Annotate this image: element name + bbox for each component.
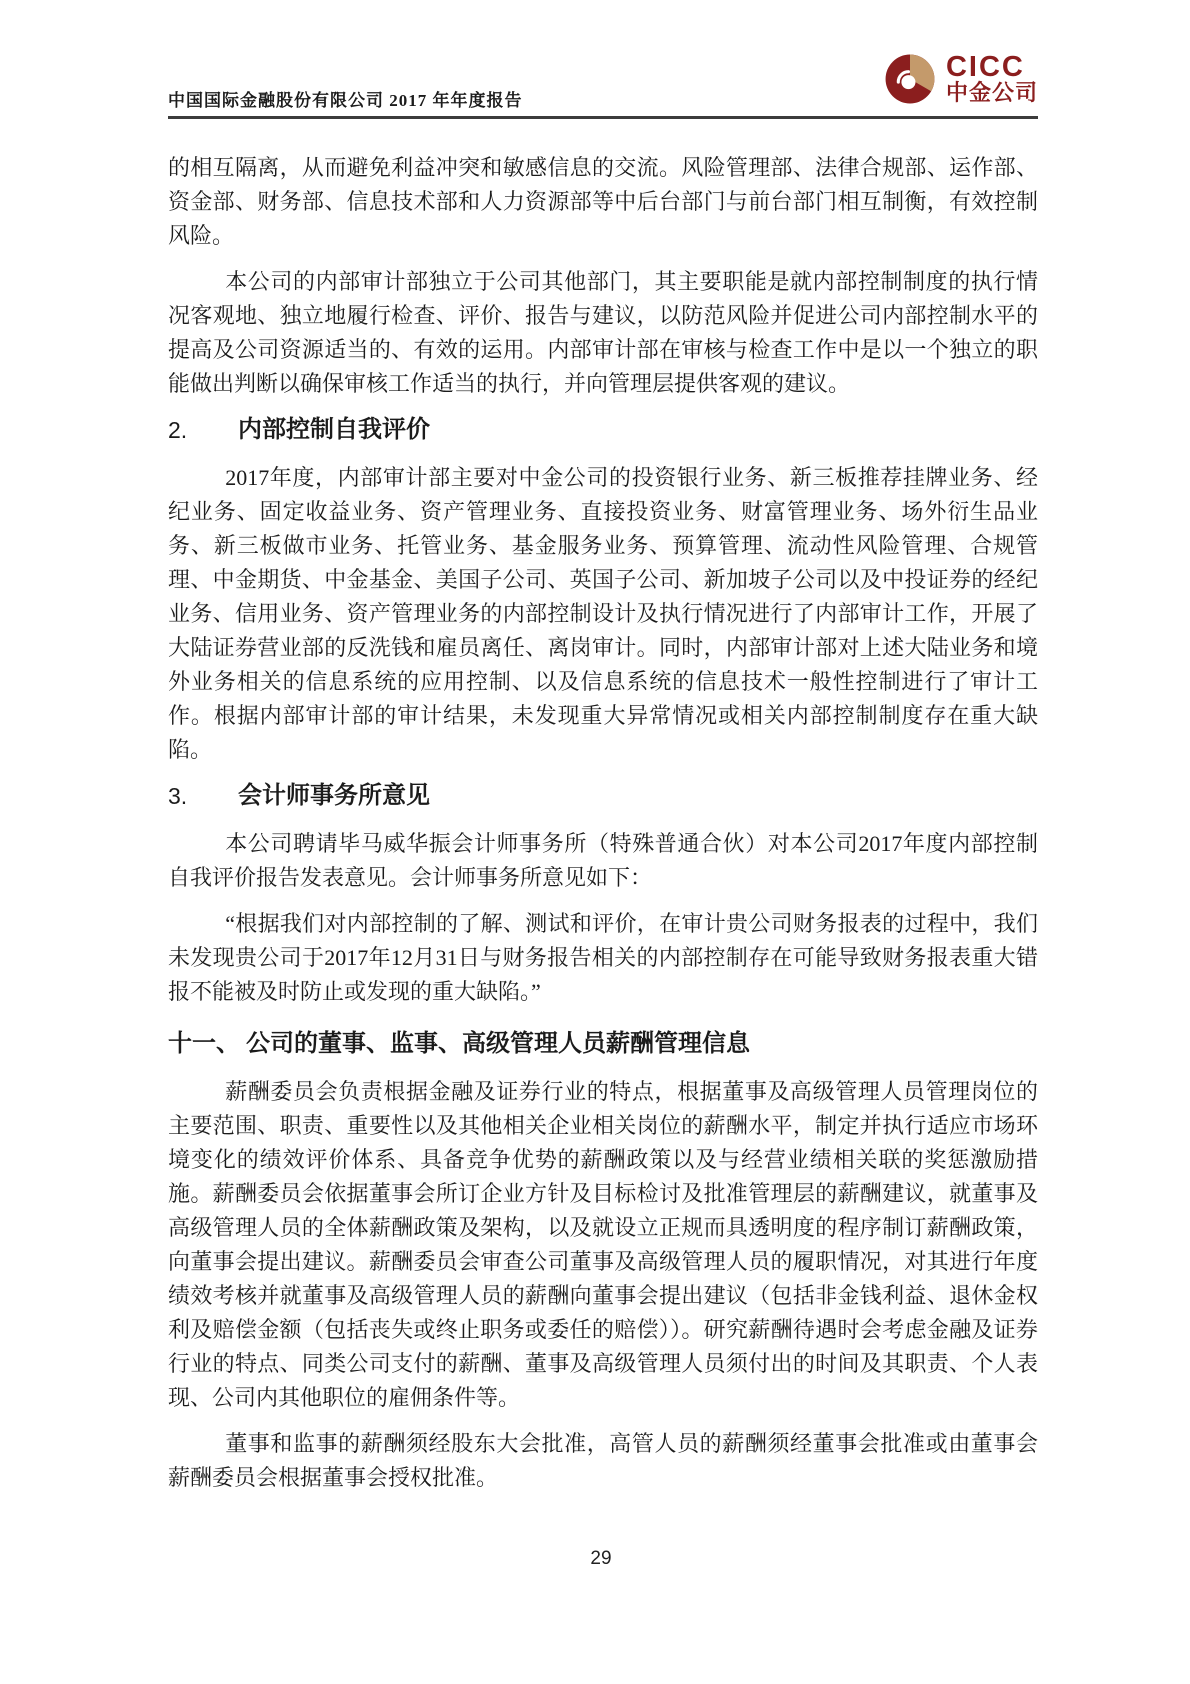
page-content: 的相互隔离，从而避免利益冲突和敏感信息的交流。风险管理部、法律合规部、运作部、资…	[168, 119, 1038, 1495]
logo-chinese-text: 中金公司	[946, 81, 1038, 105]
section-heading-11-remuneration-info: 十一、 公司的董事、监事、高级管理人员薪酬管理信息	[168, 1029, 1038, 1059]
section-heading-2-internal-control-self-evaluation: 2. 内部控制自我评价	[168, 415, 1038, 445]
cicc-logo-mark-icon	[884, 53, 936, 105]
paragraph-accountant-opinion-quote: “根据我们对内部控制的了解、测试和评价，在审计贵公司财务报表的过程中，我们未发现…	[168, 907, 1038, 1009]
document-page: 中国国际金融股份有限公司 2017 年年度报告 CICC 中金公司 的相互隔离，…	[0, 0, 1190, 1684]
cicc-logo-text: CICC 中金公司	[946, 53, 1038, 105]
logo-latin-text: CICC	[946, 53, 1038, 81]
page-number: 29	[168, 1548, 1034, 1570]
paragraph-2017-audit-scope: 2017年度，内部审计部主要对中金公司的投资银行业务、新三板推荐挂牌业务、经纪业…	[168, 461, 1038, 767]
page-header: 中国国际金融股份有限公司 2017 年年度报告 CICC 中金公司	[168, 0, 1038, 119]
section-title: 内部控制自我评价	[238, 415, 1038, 445]
cicc-logo: CICC 中金公司	[884, 53, 1038, 105]
paragraph-remuneration-approval: 董事和监事的薪酬须经股东大会批准，高管人员的薪酬须经董事会批准或由董事会薪酬委员…	[168, 1427, 1038, 1495]
section-heading-3-accountant-opinion: 3. 会计师事务所意见	[168, 781, 1038, 811]
section-number: 3.	[168, 781, 238, 811]
paragraph-kpmg-engagement: 本公司聘请毕马威华振会计师事务所（特殊普通合伙）对本公司2017年度内部控制自我…	[168, 827, 1038, 895]
section-title: 会计师事务所意见	[238, 781, 1038, 811]
paragraph-remuneration-committee-duties: 薪酬委员会负责根据金融及证券行业的特点，根据董事及高级管理人员管理岗位的主要范围…	[168, 1075, 1038, 1415]
paragraph-internal-audit-independence: 本公司的内部审计部独立于公司其他部门，其主要职能是就内部控制制度的执行情况客观地…	[168, 265, 1038, 401]
section-number: 十一、	[168, 1029, 246, 1059]
paragraph-department-isolation: 的相互隔离，从而避免利益冲突和敏感信息的交流。风险管理部、法律合规部、运作部、资…	[168, 151, 1038, 253]
section-number: 2.	[168, 415, 238, 445]
report-title: 中国国际金融股份有限公司 2017 年年度报告	[168, 86, 523, 113]
section-title: 公司的董事、监事、高级管理人员薪酬管理信息	[246, 1029, 1038, 1059]
